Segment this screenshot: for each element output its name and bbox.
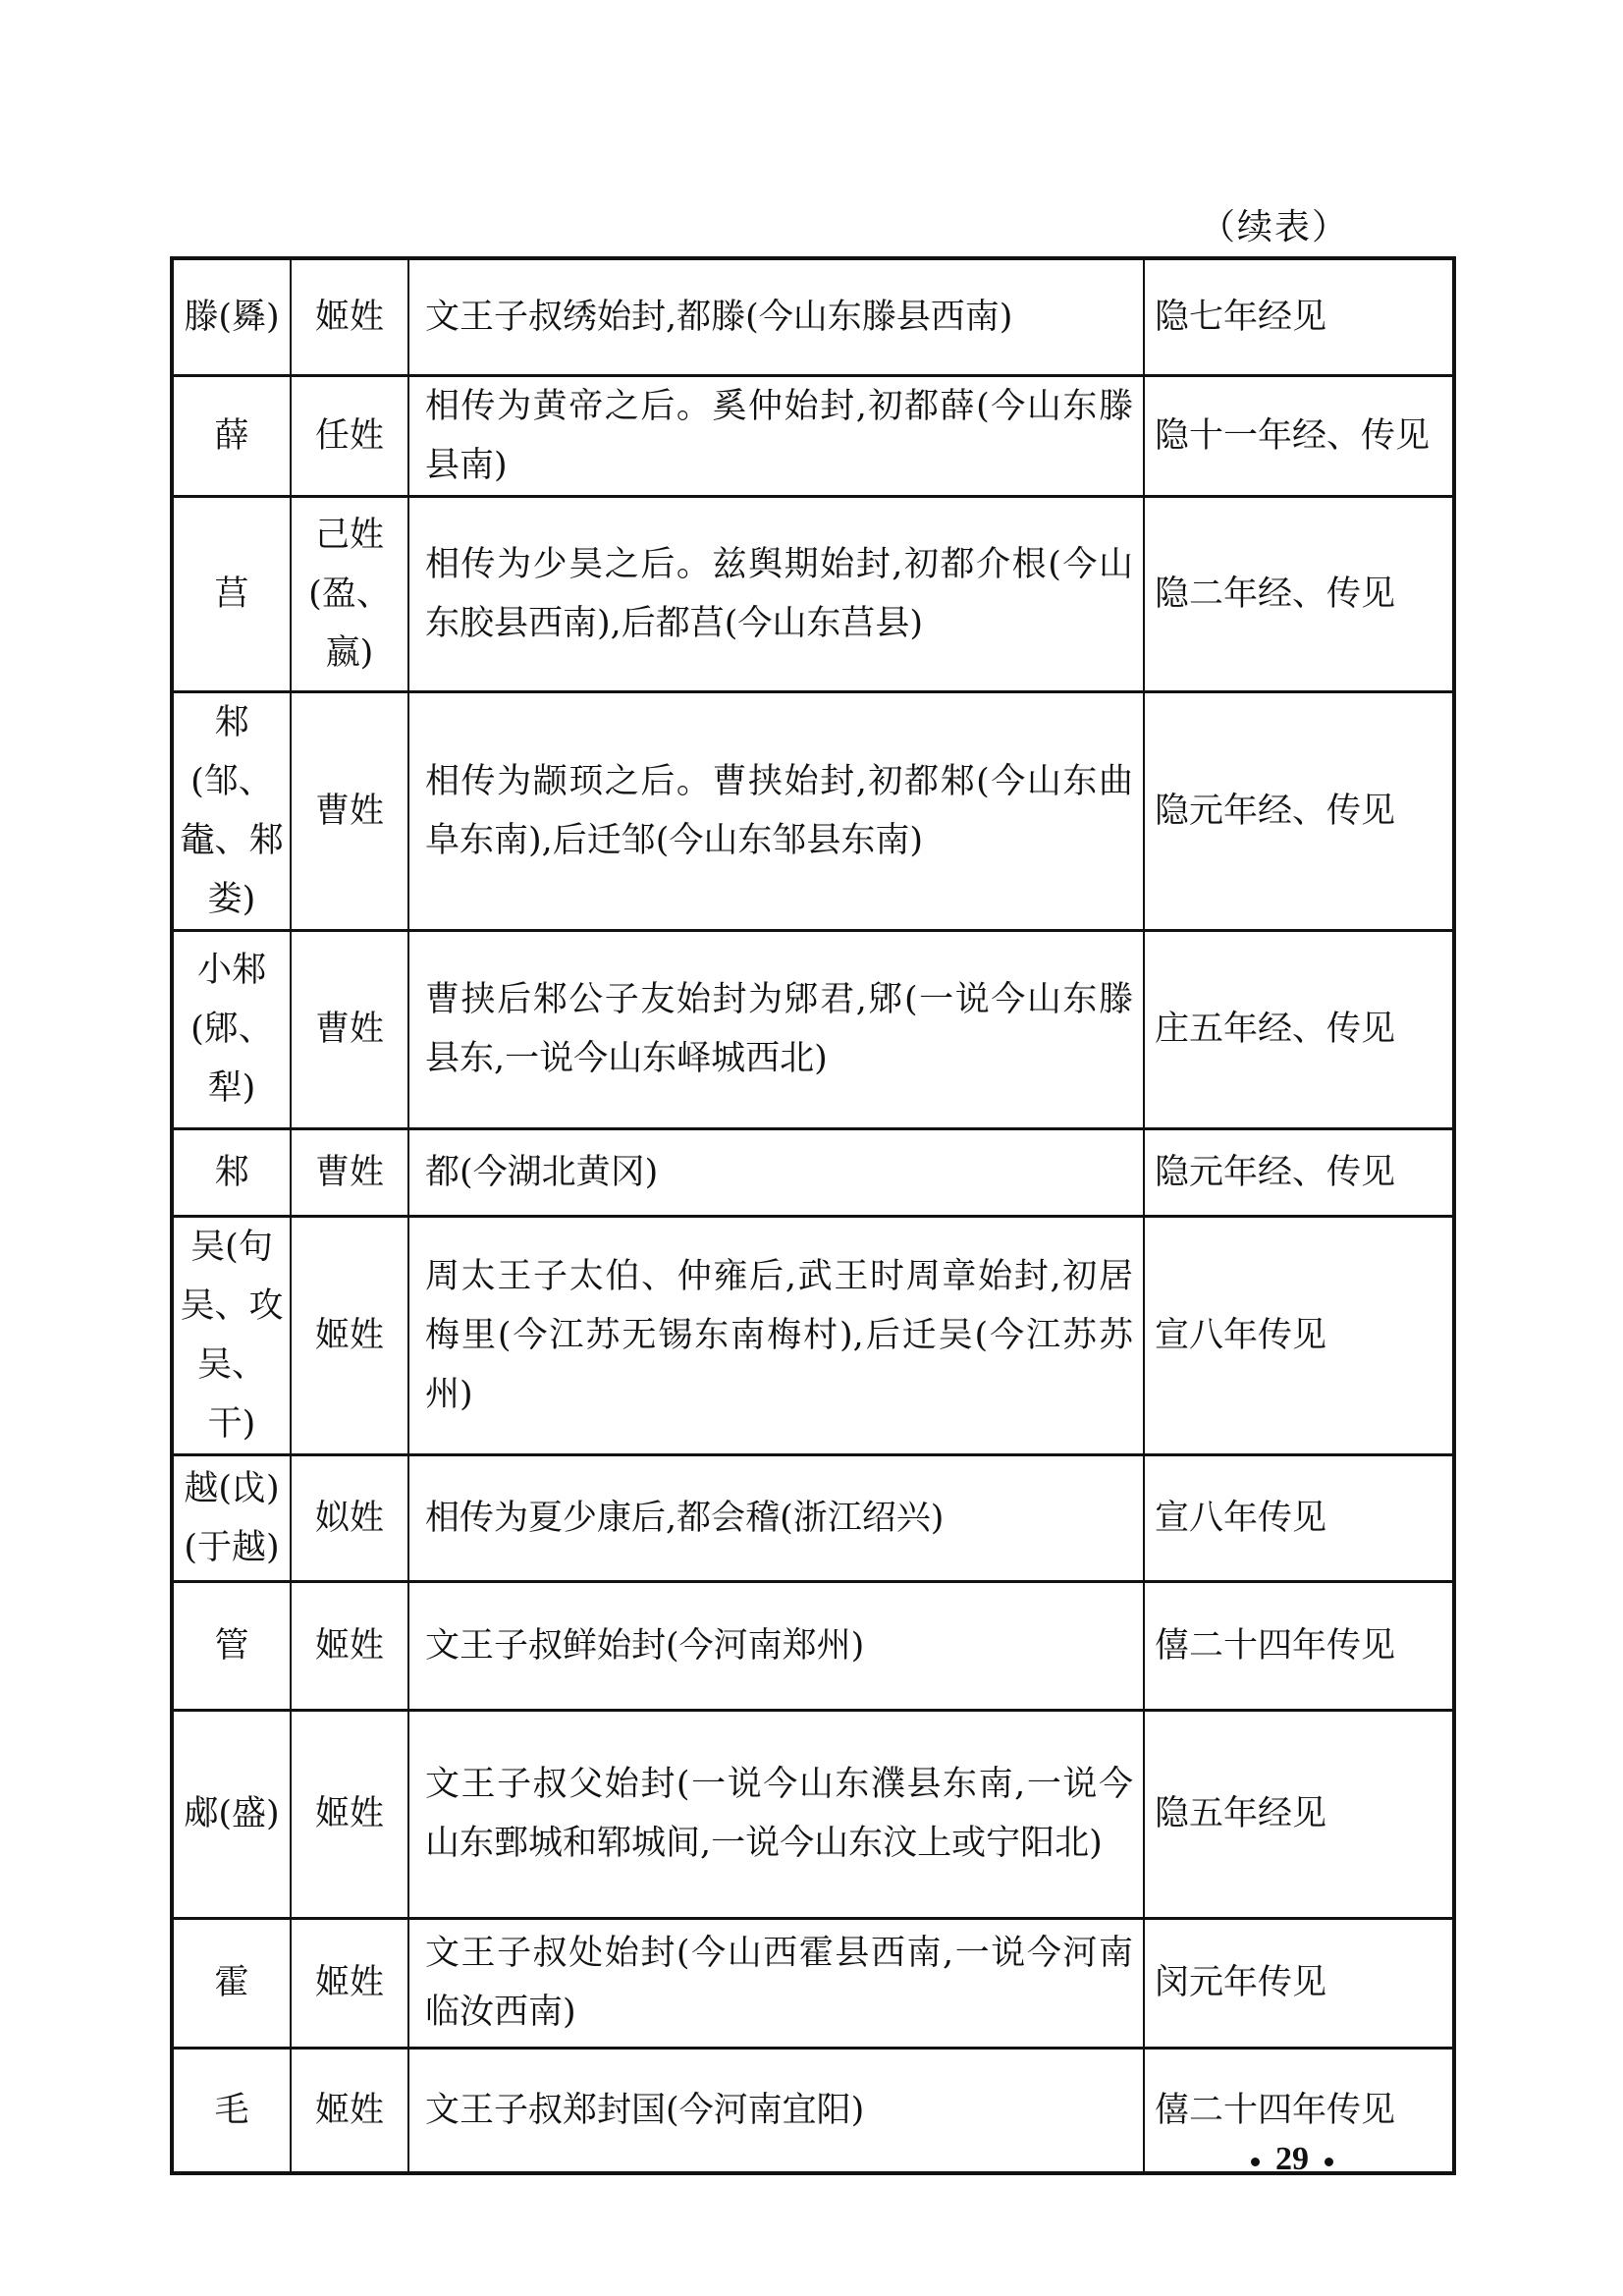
table-row: 滕(䑞)姬姓文王子叔绣始封,都滕(今山东滕县西南)隐七年经见 (172, 258, 1454, 375)
description-cell: 相传为夏少康后,都会稽(浙江绍兴) (408, 1454, 1144, 1581)
first-seen-cell: 庄五年经、传见 (1144, 930, 1454, 1128)
description-cell: 曹挟后邾公子友始封为郳君,郳(一说今山东滕县东,一说今山东峄城西北) (408, 930, 1144, 1128)
surname-cell-text: 姬姓 (292, 1953, 407, 2012)
description-cell-text: 文王子叔鲜始封(今河南郑州) (425, 1616, 1133, 1675)
description-cell: 相传为黄帝之后。奚仲始封,初都薛(今山东滕县南) (408, 375, 1144, 496)
page-number-text: 29 (1275, 2141, 1309, 2177)
state-cell-text: 滕(䑞) (174, 288, 290, 347)
first-seen-cell-text: 僖二十四年传见 (1155, 2081, 1444, 2140)
description-cell-text: 相传为夏少康后,都会稽(浙江绍兴) (425, 1489, 1133, 1548)
first-seen-cell: 隐元年经、传见 (1144, 1128, 1454, 1216)
first-seen-cell-text: 隐二年经、传见 (1155, 565, 1444, 624)
surname-cell: 姬姓 (291, 258, 408, 375)
first-seen-cell: 宣八年传见 (1144, 1216, 1454, 1454)
state-cell-text: 越(戉)(于越) (174, 1459, 290, 1577)
description-cell-text: 文王子叔郑封国(今河南宜阳) (425, 2081, 1133, 2140)
state-cell-text: 邾 (174, 1143, 290, 1202)
surname-cell: 姬姓 (291, 2048, 408, 2173)
first-seen-cell-text: 隐十一年经、传见 (1155, 407, 1444, 465)
state-cell: 吴(句吴、攻吴、干) (172, 1216, 291, 1454)
first-seen-cell: 隐元年经、传见 (1144, 691, 1454, 930)
first-seen-cell: 宣八年传见 (1144, 1454, 1454, 1581)
bullet-left-icon (1251, 2158, 1260, 2166)
surname-cell-text: 任姓 (292, 407, 407, 465)
state-cell-text: 毛 (174, 2081, 290, 2140)
description-cell-text: 相传为少昊之后。兹舆期始封,初都介根(今山东胶县西南),后都莒(今山东莒县) (425, 535, 1133, 653)
description-cell-text: 相传为黄帝之后。奚仲始封,初都薛(今山东滕县南) (425, 377, 1133, 495)
state-cell-text: 邾(邹、鼄、邾娄) (174, 693, 290, 929)
table-row: 邾曹姓都(今湖北黄冈)隐元年经、传见 (172, 1128, 1454, 1216)
state-cell: 郕(盛) (172, 1710, 291, 1918)
first-seen-cell: 隐十一年经、传见 (1144, 375, 1454, 496)
first-seen-cell-text: 隐元年经、传见 (1155, 782, 1444, 841)
description-cell: 相传为少昊之后。兹舆期始封,初都介根(今山东胶县西南),后都莒(今山东莒县) (408, 496, 1144, 691)
table-row: 吴(句吴、攻吴、干)姬姓周太王子太伯、仲雍后,武王时周章始封,初居梅里(今江苏无… (172, 1216, 1454, 1454)
description-cell: 都(今湖北黄冈) (408, 1128, 1144, 1216)
state-cell: 薛 (172, 375, 291, 496)
first-seen-cell: 隐二年经、传见 (1144, 496, 1454, 691)
first-seen-cell: 隐五年经见 (1144, 1710, 1454, 1918)
surname-cell: 姒姓 (291, 1454, 408, 1581)
table-row: 邾(邹、鼄、邾娄)曹姓相传为颛顼之后。曹挟始封,初都邾(今山东曲阜东南),后迁邹… (172, 691, 1454, 930)
table-body: 滕(䑞)姬姓文王子叔绣始封,都滕(今山东滕县西南)隐七年经见薛任姓相传为黄帝之后… (172, 258, 1454, 2173)
state-cell: 越(戉)(于越) (172, 1454, 291, 1581)
table-row: 霍姬姓文王子叔处始封(今山西霍县西南,一说今河南临汝西南)闵元年传见 (172, 1918, 1454, 2048)
surname-cell: 姬姓 (291, 1710, 408, 1918)
table-row: 莒己姓(盈、嬴)相传为少昊之后。兹舆期始封,初都介根(今山东胶县西南),后都莒(… (172, 496, 1454, 691)
description-cell: 文王子叔鲜始封(今河南郑州) (408, 1581, 1144, 1710)
table-row: 郕(盛)姬姓文王子叔父始封(一说今山东濮县东南,一说今山东鄄城和郓城间,一说今山… (172, 1710, 1454, 1918)
surname-cell-text: 姬姓 (292, 1784, 407, 1843)
surname-cell: 曹姓 (291, 691, 408, 930)
surname-cell-text: 姬姓 (292, 1306, 407, 1365)
surname-cell: 任姓 (291, 375, 408, 496)
surname-cell: 姬姓 (291, 1918, 408, 2048)
first-seen-cell-text: 闵元年传见 (1155, 1953, 1444, 2012)
first-seen-cell-text: 宣八年传见 (1155, 1489, 1444, 1548)
state-cell: 霍 (172, 1918, 291, 2048)
state-cell: 邾(邹、鼄、邾娄) (172, 691, 291, 930)
surname-cell-text: 姒姓 (292, 1489, 407, 1548)
state-cell-text: 霍 (174, 1953, 290, 2012)
bullet-right-icon (1325, 2158, 1333, 2166)
state-cell-text: 吴(句吴、攻吴、干) (174, 1218, 290, 1453)
description-cell-text: 周太王子太伯、仲雍后,武王时周章始封,初居梅里(今江苏无锡东南梅村),后迁吴(今… (425, 1247, 1133, 1424)
surname-cell: 姬姓 (291, 1581, 408, 1710)
state-cell: 毛 (172, 2048, 291, 2173)
first-seen-cell-text: 僖二十四年传见 (1155, 1616, 1444, 1675)
description-cell-text: 文王子叔处始封(今山西霍县西南,一说今河南临汝西南) (425, 1924, 1133, 2042)
table-row: 薛任姓相传为黄帝之后。奚仲始封,初都薛(今山东滕县南)隐十一年经、传见 (172, 375, 1454, 496)
page-number: 29 (1235, 2141, 1349, 2178)
surname-cell-text: 姬姓 (292, 2081, 407, 2140)
surname-cell-text: 姬姓 (292, 288, 407, 347)
description-cell-text: 文王子叔绣始封,都滕(今山东滕县西南) (425, 288, 1133, 347)
first-seen-cell-text: 宣八年传见 (1155, 1306, 1444, 1365)
first-seen-cell-text: 隐七年经见 (1155, 288, 1444, 347)
first-seen-cell: 僖二十四年传见 (1144, 1581, 1454, 1710)
state-cell: 邾 (172, 1128, 291, 1216)
description-cell: 文王子叔郑封国(今河南宜阳) (408, 2048, 1144, 2173)
state-cell: 小邾(郳、犁) (172, 930, 291, 1128)
description-cell-text: 相传为颛顼之后。曹挟始封,初都邾(今山东曲阜东南),后迁邹(今山东邹县东南) (425, 752, 1133, 870)
table-row: 越(戉)(于越)姒姓相传为夏少康后,都会稽(浙江绍兴)宣八年传见 (172, 1454, 1454, 1581)
state-cell: 管 (172, 1581, 291, 1710)
description-cell-text: 文王子叔父始封(一说今山东濮县东南,一说今山东鄄城和郓城间,一说今山东汶上或宁阳… (425, 1755, 1133, 1873)
state-cell-text: 莒 (174, 565, 290, 624)
state-cell-text: 郕(盛) (174, 1784, 290, 1843)
first-seen-cell-text: 隐元年经、传见 (1155, 1143, 1444, 1202)
description-cell: 相传为颛顼之后。曹挟始封,初都邾(今山东曲阜东南),后迁邹(今山东邹县东南) (408, 691, 1144, 930)
description-cell-text: 曹挟后邾公子友始封为郳君,郳(一说今山东滕县东,一说今山东峄城西北) (425, 970, 1133, 1088)
surname-cell: 曹姓 (291, 930, 408, 1128)
description-cell: 文王子叔绣始封,都滕(今山东滕县西南) (408, 258, 1144, 375)
feudal-states-table: 滕(䑞)姬姓文王子叔绣始封,都滕(今山东滕县西南)隐七年经见薛任姓相传为黄帝之后… (170, 256, 1456, 2175)
continued-table-label: （续表） (1200, 199, 1349, 249)
surname-cell: 曹姓 (291, 1128, 408, 1216)
description-cell: 周太王子太伯、仲雍后,武王时周章始封,初居梅里(今江苏无锡东南梅村),后迁吴(今… (408, 1216, 1144, 1454)
table-row: 管姬姓文王子叔鲜始封(今河南郑州)僖二十四年传见 (172, 1581, 1454, 1710)
first-seen-cell-text: 庄五年经、传见 (1155, 1000, 1444, 1059)
surname-cell-text: 曹姓 (292, 1000, 407, 1059)
surname-cell: 姬姓 (291, 1216, 408, 1454)
state-cell-text: 管 (174, 1616, 290, 1675)
description-cell: 文王子叔父始封(一说今山东濮县东南,一说今山东鄄城和郓城间,一说今山东汶上或宁阳… (408, 1710, 1144, 1918)
description-cell-text: 都(今湖北黄冈) (425, 1143, 1133, 1202)
first-seen-cell: 闵元年传见 (1144, 1918, 1454, 2048)
state-cell: 滕(䑞) (172, 258, 291, 375)
state-cell: 莒 (172, 496, 291, 691)
state-cell-text: 薛 (174, 407, 290, 465)
surname-cell-text: 己姓(盈、嬴) (292, 506, 407, 683)
first-seen-cell-text: 隐五年经见 (1155, 1784, 1444, 1843)
surname-cell-text: 姬姓 (292, 1616, 407, 1675)
description-cell: 文王子叔处始封(今山西霍县西南,一说今河南临汝西南) (408, 1918, 1144, 2048)
table-row: 小邾(郳、犁)曹姓曹挟后邾公子友始封为郳君,郳(一说今山东滕县东,一说今山东峄城… (172, 930, 1454, 1128)
state-cell-text: 小邾(郳、犁) (174, 941, 290, 1118)
first-seen-cell: 隐七年经见 (1144, 258, 1454, 375)
surname-cell-text: 曹姓 (292, 782, 407, 841)
surname-cell-text: 曹姓 (292, 1143, 407, 1202)
surname-cell: 己姓(盈、嬴) (291, 496, 408, 691)
